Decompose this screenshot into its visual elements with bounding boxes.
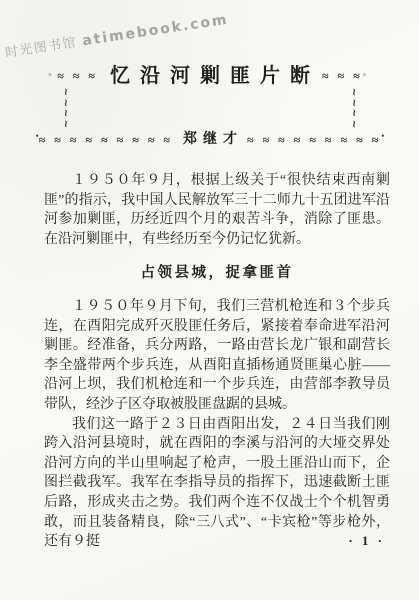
border-corner-dot: • bbox=[381, 132, 384, 141]
border-corner-dot: 。 bbox=[48, 68, 57, 77]
page-title: 忆沿河剿匪片断 bbox=[110, 66, 320, 86]
border-tildes: ≈ ≈ ≈ bbox=[322, 70, 363, 82]
border-tildes: ≈ ≈ ≈ ≈ ≈ ≈ ≈ ≈ ≈ bbox=[39, 134, 173, 146]
border-tildes-right: ≀ ≀ ≀ ≀ bbox=[352, 88, 356, 132]
title-box: 。 ≈ ≈ ≈ 忆沿河剿匪片断 ≈ ≈ ≈ 。 ≀ ≀ ≀ ≀ ≀ ≀ ≀ ≀ … bbox=[58, 66, 362, 147]
scanned-book-page: 时光图书馆 atimebook.com 。 ≈ ≈ ≈ 忆沿河剿匪片断 ≈ ≈ … bbox=[0, 0, 419, 600]
border-tildes: ≈ ≈ ≈ bbox=[57, 70, 98, 82]
border-tildes-left: ≀ ≀ ≀ ≀ bbox=[64, 88, 68, 132]
body-text: １９５０年９月，根据上级关于“很快结束西南剿匪”的指示，我中国人民解放军三十二师… bbox=[44, 171, 390, 552]
watermark-site-text: atimebook.com bbox=[81, 12, 229, 50]
page-number: · 1 · bbox=[348, 533, 385, 549]
title-border-top: 。 ≈ ≈ ≈ 忆沿河剿匪片断 ≈ ≈ ≈ 。 bbox=[58, 66, 362, 86]
body-paragraph-1: １９５０年９月，根据上级关于“很快结束西南剿匪”的指示，我中国人民解放军三十二师… bbox=[44, 171, 390, 249]
title-border-sides: ≀ ≀ ≀ ≀ ≀ ≀ ≀ ≀ bbox=[58, 86, 362, 132]
border-tildes: ≈ ≈ ≈ ≈ ≈ ≈ ≈ ≈ ≈ bbox=[247, 134, 381, 146]
section-heading: 占领县城，捉拿匪首 bbox=[44, 264, 390, 284]
watermark: 时光图书馆 atimebook.com bbox=[4, 9, 230, 61]
watermark-cjk-text: 时光图书馆 bbox=[4, 35, 78, 61]
body-paragraph-3: 我们这一路于２３日由酉阳出发，２４日当我们刚跨入沿河县境时，就在酉阳的李溪与沿河… bbox=[44, 415, 390, 552]
title-border-bottom: • ≈ ≈ ≈ ≈ ≈ ≈ ≈ ≈ ≈ 郑继才 ≈ ≈ ≈ ≈ ≈ ≈ ≈ ≈ … bbox=[58, 133, 362, 147]
border-corner-dot: • bbox=[36, 132, 39, 141]
border-corner-dot: 。 bbox=[363, 68, 372, 77]
body-paragraph-2: １９５０年９月下旬，我们三营机枪连和３个步兵连，在酉阳完成歼灭股匪任务后，紧接着… bbox=[44, 297, 390, 415]
author-name: 郑继才 bbox=[183, 133, 243, 147]
